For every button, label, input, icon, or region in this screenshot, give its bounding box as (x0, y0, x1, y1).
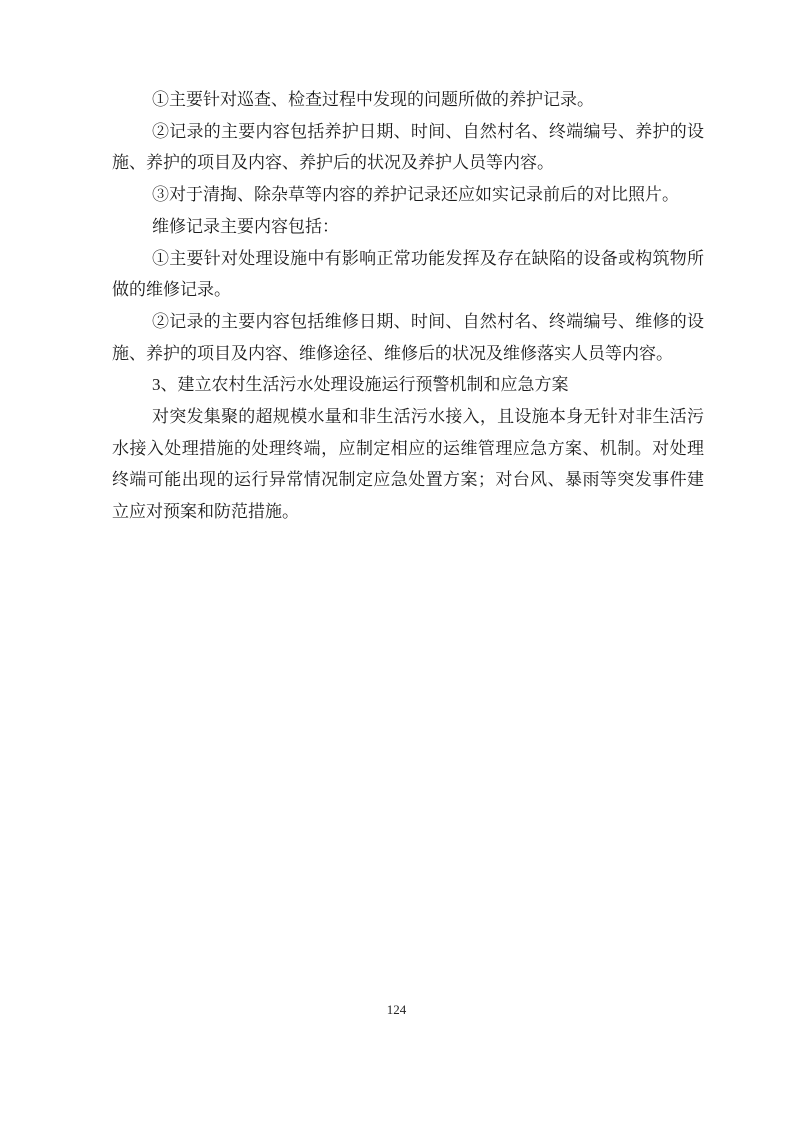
document-body: ①主要针对巡查、检查过程中发现的问题所做的养护记录。 ②记录的主要内容包括养护日… (112, 84, 704, 528)
paragraph: ③对于清掏、除杂草等内容的养护记录还应如实记录前后的对比照片。 (112, 179, 704, 211)
paragraph: 维修记录主要内容包括： (112, 211, 704, 243)
paragraph: ②记录的主要内容包括养护日期、时间、自然村名、终端编号、养护的设施、养护的项目及… (112, 116, 704, 179)
paragraph: 对突发集聚的超规模水量和非生活污水接入，且设施本身无针对非生活污水接入处理措施的… (112, 401, 704, 528)
paragraph: ①主要针对巡查、检查过程中发现的问题所做的养护记录。 (112, 84, 704, 116)
document-page: ①主要针对巡查、检查过程中发现的问题所做的养护记录。 ②记录的主要内容包括养护日… (0, 0, 793, 1122)
paragraph: ②记录的主要内容包括维修日期、时间、自然村名、终端编号、维修的设施、养护的项目及… (112, 306, 704, 369)
page-number: 124 (387, 1002, 407, 1017)
paragraph: ①主要针对处理设施中有影响正常功能发挥及存在缺陷的设备或构筑物所做的维修记录。 (112, 243, 704, 306)
section-heading: 3、建立农村生活污水处理设施运行预警机制和应急方案 (112, 369, 704, 401)
page-footer: 124 (0, 1001, 793, 1019)
